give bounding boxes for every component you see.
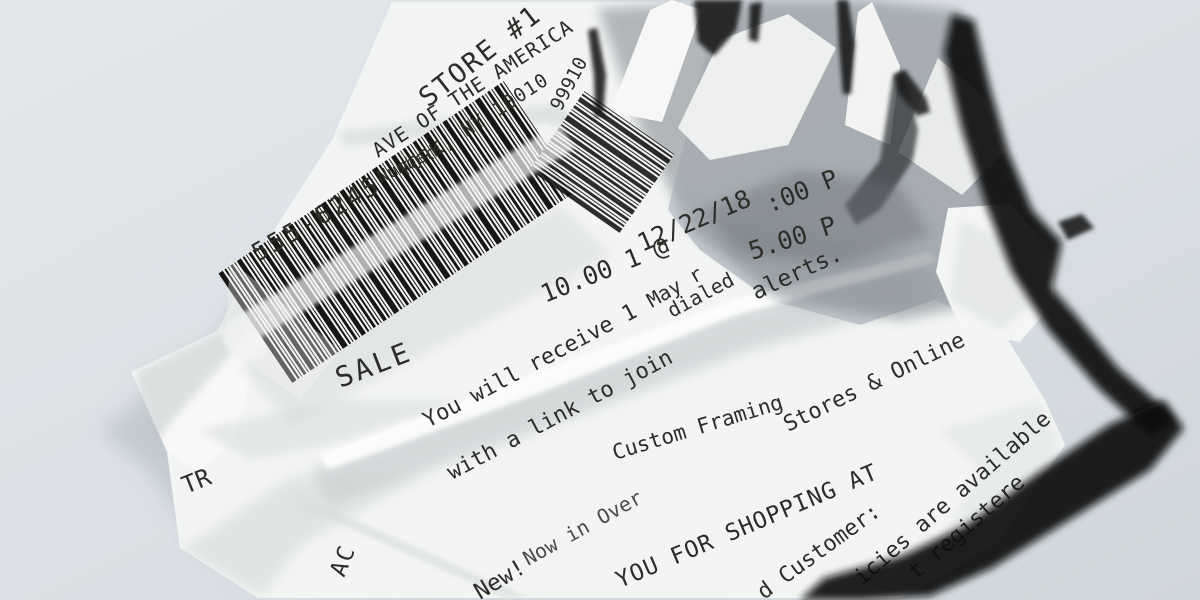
photo-canvas: STORE #1 AVE OF THE AMERICA YORK, NY 100…	[0, 0, 1200, 600]
